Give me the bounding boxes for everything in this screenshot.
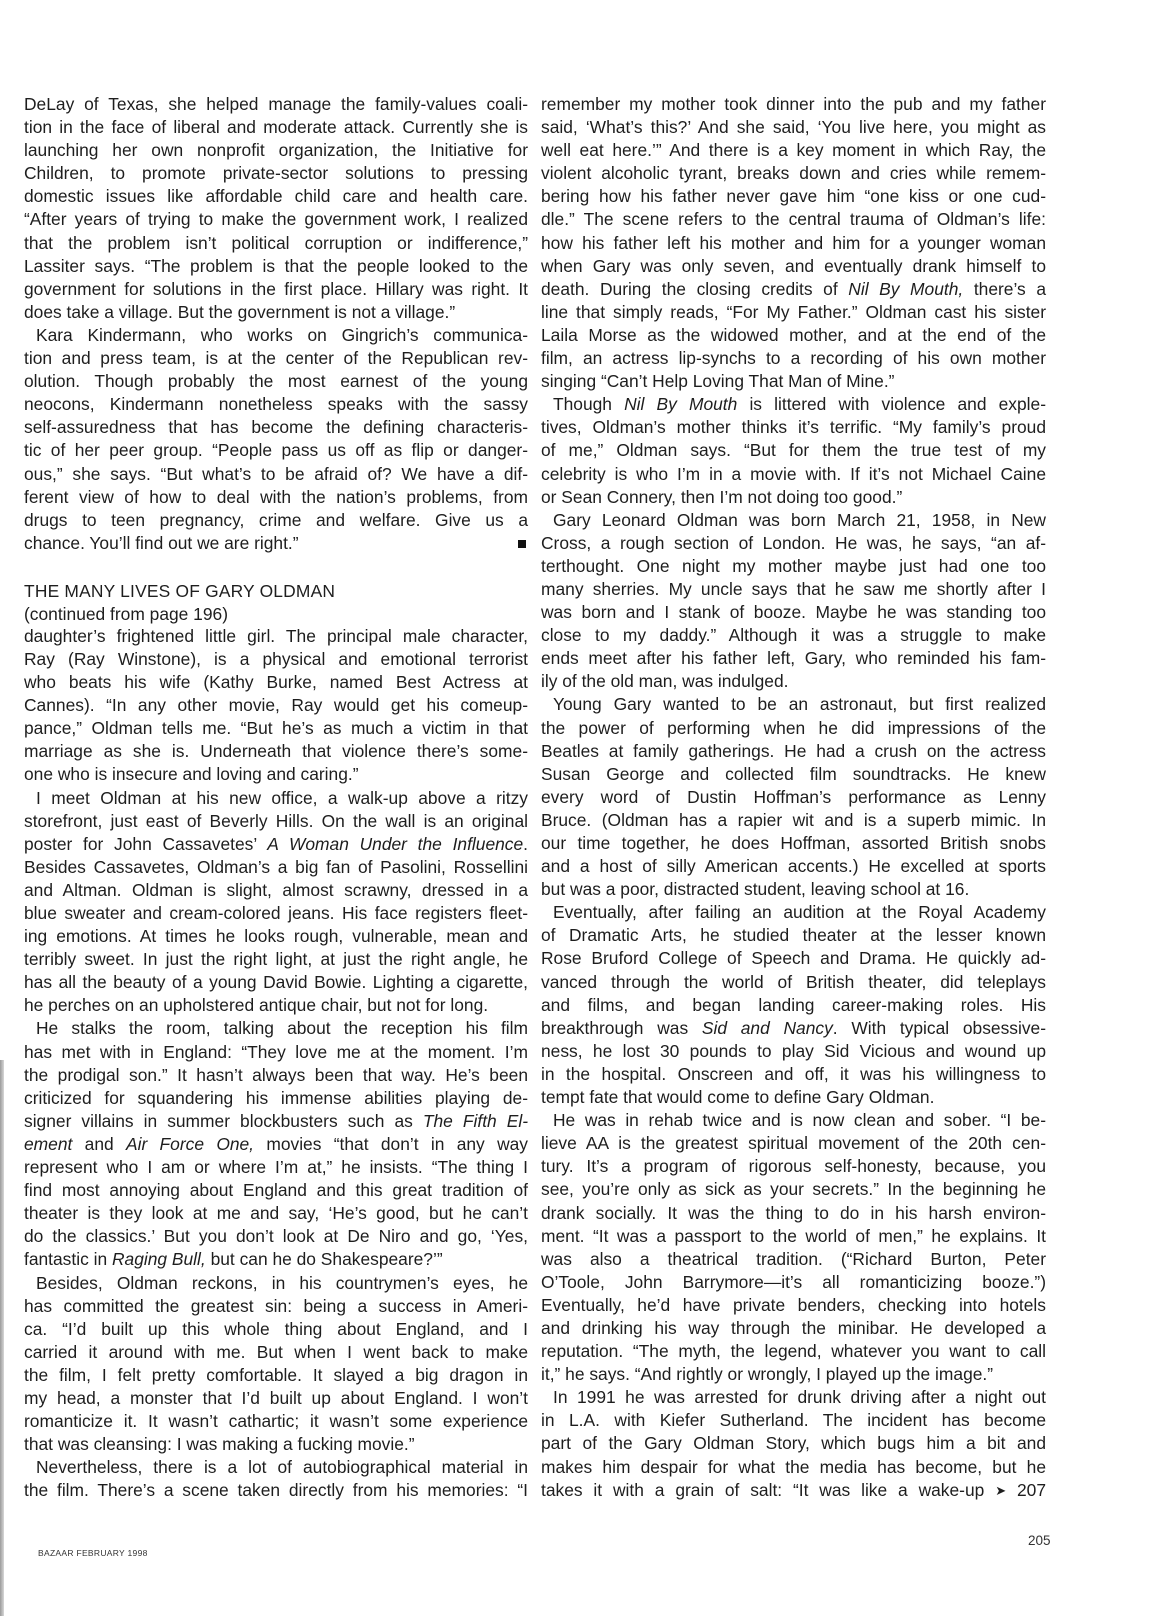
- text-line: lieve AA is the greatest spiritual movem…: [541, 1132, 1046, 1155]
- paragraph-continued: daughter’s frightened little girl. The p…: [24, 625, 528, 787]
- text-line: close to my daddy.” Although it was a st…: [541, 624, 1046, 647]
- italic-title: Raging Bull,: [112, 1249, 206, 1269]
- text-line: Laila Morse as the widowed mother, and a…: [541, 324, 1046, 347]
- text-line: violent alcoholic tyrant, breaks down an…: [541, 162, 1046, 185]
- text-line: He stalks the room, talking about the re…: [24, 1017, 528, 1040]
- jump-page-link[interactable]: 207: [1017, 1480, 1046, 1500]
- text-line: line that simply reads, “For My Father.”…: [541, 301, 1046, 324]
- text-line: drank socially. It was the thing to do i…: [541, 1202, 1046, 1225]
- text-line: signer villains in summer blockbusters s…: [24, 1110, 528, 1133]
- text-line: was also a theatrical tradition. (“Richa…: [541, 1248, 1046, 1271]
- text-line: bering how his father never gave him “on…: [541, 185, 1046, 208]
- text-line: the film, I felt pretty comfortable. It …: [24, 1364, 528, 1387]
- paragraph-young: Young Gary wanted to be an astronaut, bu…: [541, 693, 1046, 901]
- text-line: poster for John Cassavetes’ A Woman Unde…: [24, 833, 528, 856]
- end-of-article-mark-icon: [518, 540, 526, 548]
- paragraph-office: I meet Oldman at his new office, a walk-…: [24, 787, 528, 1018]
- text-line: my head, a monster that I’d built up abo…: [24, 1387, 528, 1410]
- text-line: ement and Air Force One, movies “that do…: [24, 1133, 528, 1156]
- text-line: death. During the closing credits of Nil…: [541, 278, 1046, 301]
- text-line: part of the Gary Oldman Story, which bug…: [541, 1432, 1046, 1455]
- paragraph-kindermann: Kara Kindermann, who works on Gingrich’s…: [24, 324, 528, 555]
- text-line: “After years of trying to make the gover…: [24, 208, 528, 231]
- text-line: of me,” Oldman says. “But for them the t…: [541, 439, 1046, 462]
- text-line: olution. Though probably the most earnes…: [24, 370, 528, 393]
- text-line: neocons, Kindermann nonetheless speaks w…: [24, 393, 528, 416]
- text-line: or Sean Connery, then I’m not doing too …: [541, 486, 1046, 509]
- text-line: in L.A. with Kiefer Sutherland. The inci…: [541, 1409, 1046, 1432]
- jump-arrow-icon: ➤: [995, 1483, 1006, 1498]
- text-line: launching her own nonprofit organization…: [24, 139, 528, 162]
- continuation-line: takes it with a grain of salt: “It was l…: [541, 1479, 1046, 1502]
- text-line: the power of performing when he did impr…: [541, 717, 1046, 740]
- text-line: chance. You’ll find out we are right.”: [24, 532, 528, 555]
- text-line: Besides, Oldman reckons, in his countrym…: [24, 1272, 528, 1295]
- text-line: the prodigal son.” It hasn’t always been…: [24, 1064, 528, 1087]
- text-line: who beats his wife (Kathy Burke, named B…: [24, 671, 528, 694]
- text-line: Cross, a rough section of London. He was…: [541, 532, 1046, 555]
- text-line: tempt fate that would come to define Gar…: [541, 1086, 1046, 1109]
- text-line: that the problem isn’t political corrupt…: [24, 232, 528, 255]
- text-line: government for solutions in the first pl…: [24, 278, 528, 301]
- text-line: Kara Kindermann, who works on Gingrich’s…: [24, 324, 528, 347]
- text-line: Though Nil By Mouth is littered with vio…: [541, 393, 1046, 416]
- paragraph-stalks: He stalks the room, talking about the re…: [24, 1017, 528, 1271]
- text-line: our time together, he does Hoffman, asso…: [541, 832, 1046, 855]
- text-line: marriage as she is. Underneath that viol…: [24, 740, 528, 763]
- text-line: does take a village. But the government …: [24, 301, 528, 324]
- text-line: and drinking his way through the minibar…: [541, 1317, 1046, 1340]
- text-line: romanticize it. It wasn’t cathartic; it …: [24, 1410, 528, 1433]
- text-line: vanced through the world of British thea…: [541, 971, 1046, 994]
- text-line: one who is insecure and loving and carin…: [24, 763, 528, 786]
- paragraph-eventually: Eventually, after failing an audition at…: [541, 901, 1046, 1109]
- continued-from-note: (continued from page 196): [24, 603, 528, 625]
- text-line: and films, and began landing career-maki…: [541, 994, 1046, 1017]
- text-line: theater is they look at me and say, ‘He’…: [24, 1202, 528, 1225]
- text-line: ends meet after his father left, Gary, w…: [541, 647, 1046, 670]
- paragraph-though: Though Nil By Mouth is littered with vio…: [541, 393, 1046, 508]
- text-line: tion and press team, is at the center of…: [24, 347, 528, 370]
- text-line: Eventually, after failing an audition at…: [541, 901, 1046, 924]
- text-line: remember my mother took dinner into the …: [541, 93, 1046, 116]
- text-line: ness, he lost 30 pounds to play Sid Vici…: [541, 1040, 1046, 1063]
- text-line: the film. There’s a scene taken directly…: [24, 1479, 528, 1502]
- text-line: Cannes). “In any other movie, Ray would …: [24, 694, 528, 717]
- section-gap: [24, 555, 528, 580]
- paragraph-besides: Besides, Oldman reckons, in his countrym…: [24, 1272, 528, 1457]
- text-line: terthought. One night my mother maybe ju…: [541, 555, 1046, 578]
- paragraph-lassiter: DeLay of Texas, she helped manage the fa…: [24, 93, 528, 324]
- text-line: ferent view of how to deal with the nati…: [24, 486, 528, 509]
- italic-title: Air Force One,: [126, 1134, 254, 1154]
- text-line: well eat here.’” And there is a key mome…: [541, 139, 1046, 162]
- paragraph-born: Gary Leonard Oldman was born March 21, 1…: [541, 509, 1046, 694]
- text-line: Eventually, he’d have private benders, c…: [541, 1294, 1046, 1317]
- italic-title: Nil By Mouth: [624, 394, 737, 414]
- text-line: in the hospital. Onscreen and off, it wa…: [541, 1063, 1046, 1086]
- text-line: and Altman. Oldman is slight, almost scr…: [24, 879, 528, 902]
- text-line: Nevertheless, there is a lot of autobiog…: [24, 1456, 528, 1479]
- text-line: terribly sweet. In just the right light,…: [24, 948, 528, 971]
- paragraph-rehab: He was in rehab twice and is now clean a…: [541, 1109, 1046, 1386]
- text-line: represent who I am or where I’m at,” he …: [24, 1156, 528, 1179]
- text-line: In 1991 he was arrested for drunk drivin…: [541, 1386, 1046, 1409]
- text-line: ment. “It was a passport to the world of…: [541, 1225, 1046, 1248]
- text-line: Lassiter says. “The problem is that the …: [24, 255, 528, 278]
- text-line: it,” he says. “And rightly or wrongly, I…: [541, 1363, 1046, 1386]
- text-line: every word of Dustin Hoffman’s performan…: [541, 786, 1046, 809]
- italic-title: The Fifth El-: [423, 1111, 528, 1131]
- text-line: tury. It’s a program of rigorous self-ho…: [541, 1155, 1046, 1178]
- text-line: Ray (Ray Winstone), is a physical and em…: [24, 648, 528, 671]
- italic-title: Sid and Nancy: [702, 1018, 833, 1038]
- text-line: Children, to promote private-sector solu…: [24, 162, 528, 185]
- italic-title: ement: [24, 1134, 72, 1154]
- text-line: carried it around with me. But when I we…: [24, 1341, 528, 1364]
- text-line: pance,” Oldman tells me. “But he’s as mu…: [24, 717, 528, 740]
- text-line: see, you’re only as sick as your secrets…: [541, 1178, 1046, 1201]
- text-line: find most annoying about England and thi…: [24, 1179, 528, 1202]
- text-line: DeLay of Texas, she helped manage the fa…: [24, 93, 528, 116]
- text-line: how his father left his mother and him f…: [541, 232, 1046, 255]
- text-line: tives, Oldman’s mother thinks it’s terri…: [541, 416, 1046, 439]
- text-line: I meet Oldman at his new office, a walk-…: [24, 787, 528, 810]
- text-line: was born and I stank of booze. Maybe he …: [541, 601, 1046, 624]
- text-line: ing emotions. At times he looks rough, v…: [24, 925, 528, 948]
- text-line: Rose Bruford College of Speech and Drama…: [541, 947, 1046, 970]
- text-line: self-assuredness that has become the def…: [24, 416, 528, 439]
- text-line: do the classics.’ But you don’t look at …: [24, 1225, 528, 1248]
- publication-footer: BAZAAR FEBRUARY 1998: [38, 1548, 148, 1558]
- text-line: Young Gary wanted to be an astronaut, bu…: [541, 693, 1046, 716]
- text-line: Susan George and collected film soundtra…: [541, 763, 1046, 786]
- text-line: he perches on an upholstered antique cha…: [24, 994, 528, 1017]
- text-line: criticized for squandering his immense a…: [24, 1087, 528, 1110]
- text-line: has met with in England: “They love me a…: [24, 1041, 528, 1064]
- text-line: celebrity is who I’m in a movie with. If…: [541, 463, 1046, 486]
- page-number: 205: [1028, 1533, 1051, 1548]
- text-line: breakthrough was Sid and Nancy. With typ…: [541, 1017, 1046, 1040]
- final-line-text: takes it with a grain of salt: “It was l…: [541, 1480, 984, 1500]
- text-line: when Gary was only seven, and eventually…: [541, 255, 1046, 278]
- text-line: dle.” The scene refers to the central tr…: [541, 208, 1046, 231]
- text-line: Beatles at family gatherings. He had a c…: [541, 740, 1046, 763]
- text-line: but was a poor, distracted student, leav…: [541, 878, 1046, 901]
- left-column: DeLay of Texas, she helped manage the fa…: [24, 93, 528, 1502]
- text-line: tion in the face of liberal and moderate…: [24, 116, 528, 139]
- italic-title: A Woman Under the Influence: [267, 834, 523, 854]
- text-line: domestic issues like affordable child ca…: [24, 185, 528, 208]
- text-line: has committed the greatest sin: being a …: [24, 1295, 528, 1318]
- text-line: singing “Can’t Help Loving That Man of M…: [541, 370, 1046, 393]
- text-line: and a host of silly American accents.) H…: [541, 855, 1046, 878]
- text-line: daughter’s frightened little girl. The p…: [24, 625, 528, 648]
- text-line: storefront, just east of Beverly Hills. …: [24, 810, 528, 833]
- text-line: Bruce. (Oldman has a rapier wit and is a…: [541, 809, 1046, 832]
- text-line: ca. “I’d built up this whole thing about…: [24, 1318, 528, 1341]
- text-line: ous,” she says. “But what’s to be afraid…: [24, 463, 528, 486]
- text-line: Gary Leonard Oldman was born March 21, 1…: [541, 509, 1046, 532]
- text-line: that was cleansing: I was making a fucki…: [24, 1433, 528, 1456]
- paragraph-memory: remember my mother took dinner into the …: [541, 93, 1046, 393]
- text-line: of Dramatic Arts, he studied theater at …: [541, 924, 1046, 947]
- text-line: ily of the old man, was indulged.: [541, 670, 1046, 693]
- text-line: film, an actress lip-synchs to a recordi…: [541, 347, 1046, 370]
- paragraph-arrest: In 1991 he was arrested for drunk drivin…: [541, 1386, 1046, 1478]
- text-line: fantastic in Raging Bull, but can he do …: [24, 1248, 528, 1271]
- text-line: many sherries. My uncle says that he saw…: [541, 578, 1046, 601]
- text-line: reputation. “The myth, the legend, whate…: [541, 1340, 1046, 1363]
- text-line: Besides Cassavetes, Oldman’s a big fan o…: [24, 856, 528, 879]
- text-line: He was in rehab twice and is now clean a…: [541, 1109, 1046, 1132]
- text-line: has all the beauty of a young David Bowi…: [24, 971, 528, 994]
- text-line: drugs to teen pregnancy, crime and welfa…: [24, 509, 528, 532]
- text-line: blue sweater and cream-colored jeans. Hi…: [24, 902, 528, 925]
- text-line: O’Toole, John Barrymore—it’s all romanti…: [541, 1271, 1046, 1294]
- text-line: said, ‘What’s this?’ And she said, ‘You …: [541, 116, 1046, 139]
- paragraph-nevertheless: Nevertheless, there is a lot of autobiog…: [24, 1456, 528, 1502]
- text-line: tic of her peer group. “People pass us o…: [24, 439, 528, 462]
- right-column: remember my mother took dinner into the …: [541, 93, 1046, 1502]
- section-title: THE MANY LIVES OF GARY OLDMAN: [24, 580, 528, 603]
- text-line: makes him despair for what the media has…: [541, 1456, 1046, 1479]
- page-binding-edge: [0, 1060, 4, 1616]
- italic-title: Nil By Mouth,: [848, 279, 963, 299]
